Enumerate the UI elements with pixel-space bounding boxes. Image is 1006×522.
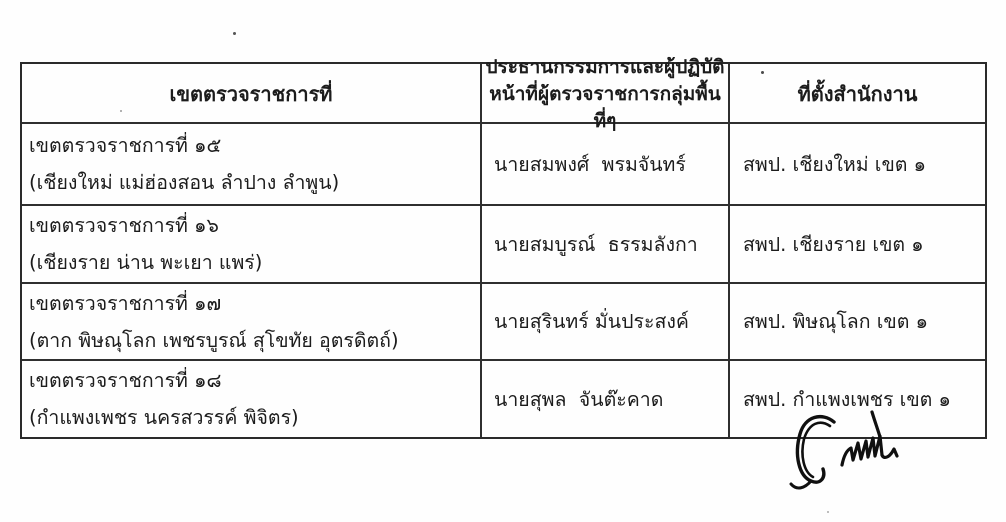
chairman-name: นายสมพงศ์ พรมจันทร์ [494,149,686,180]
table-row-office-cell: สพป. เชียงราย เขต ๑ [730,206,985,284]
header-chairman-label-line1: ประธานกรรมการและผู้ปฏิบัติ [486,54,725,81]
header-office-column: ที่ตั้งสำนักงาน [730,64,985,124]
zone-provinces: (เชียงราย น่าน พะเยา แพร่) [29,244,476,281]
header-zone-column: เขตตรวจราชการที่ [22,64,482,124]
table-row-chairman-cell: นายสมบูรณ์ ธรรมลังกา [482,206,730,284]
table-row-zone-cell: เขตตรวจราชการที่ ๑๕ (เชียงใหม่ แม่ฮ่องสอ… [22,124,482,206]
table-row-chairman-cell: นายสุพล จันต๊ะคาด [482,361,730,437]
table-row-zone-cell: เขตตรวจราชการที่ ๑๘ (กำแพงเพชร นครสวรรค์… [22,361,482,437]
scanned-document-page: เขตตรวจราชการที่ ประธานกรรมการและผู้ปฏิบ… [0,0,1006,522]
office-location: สพป. เชียงใหม่ เขต ๑ [743,149,926,180]
chairman-name: นายสุพล จันต๊ะคาด [494,384,663,415]
zone-title: เขตตรวจราชการที่ ๑๘ [29,362,476,399]
handwritten-signature [776,410,916,520]
table-row-chairman-cell: นายสุรินทร์ มั่นประสงค์ [482,284,730,361]
table-row-zone-cell: เขตตรวจราชการที่ ๑๗ (ตาก พิษณุโลก เพชรบู… [22,284,482,361]
header-chairman-column: ประธานกรรมการและผู้ปฏิบัติ หน้าที่ผู้ตรว… [482,64,730,124]
table-row-office-cell: สพป. พิษณุโลก เขต ๑ [730,284,985,361]
chairman-name: นายสมบูรณ์ ธรรมลังกา [494,229,698,260]
inspection-zones-table: เขตตรวจราชการที่ ประธานกรรมการและผู้ปฏิบ… [20,62,987,439]
zone-provinces: (เชียงใหม่ แม่ฮ่องสอน ลำปาง ลำพูน) [29,164,476,201]
scan-speck [233,32,236,35]
chairman-name: นายสุรินทร์ มั่นประสงค์ [494,306,689,337]
table-row-office-cell: สพป. เชียงใหม่ เขต ๑ [730,124,985,206]
table-row-chairman-cell: นายสมพงศ์ พรมจันทร์ [482,124,730,206]
zone-title: เขตตรวจราชการที่ ๑๖ [29,207,476,244]
header-zone-label: เขตตรวจราชการที่ [170,81,333,108]
zone-title: เขตตรวจราชการที่ ๑๗ [29,285,476,322]
zone-provinces: (ตาก พิษณุโลก เพชรบูรณ์ สุโขทัย อุตรดิตถ… [29,322,476,359]
office-location: สพป. พิษณุโลก เขต ๑ [743,306,928,337]
table-row-zone-cell: เขตตรวจราชการที่ ๑๖ (เชียงราย น่าน พะเยา… [22,206,482,284]
zone-title: เขตตรวจราชการที่ ๑๕ [29,127,476,164]
office-location: สพป. เชียงราย เขต ๑ [743,229,924,260]
header-office-label: ที่ตั้งสำนักงาน [798,81,918,108]
zone-provinces: (กำแพงเพชร นครสวรรค์ พิจิตร) [29,399,476,436]
